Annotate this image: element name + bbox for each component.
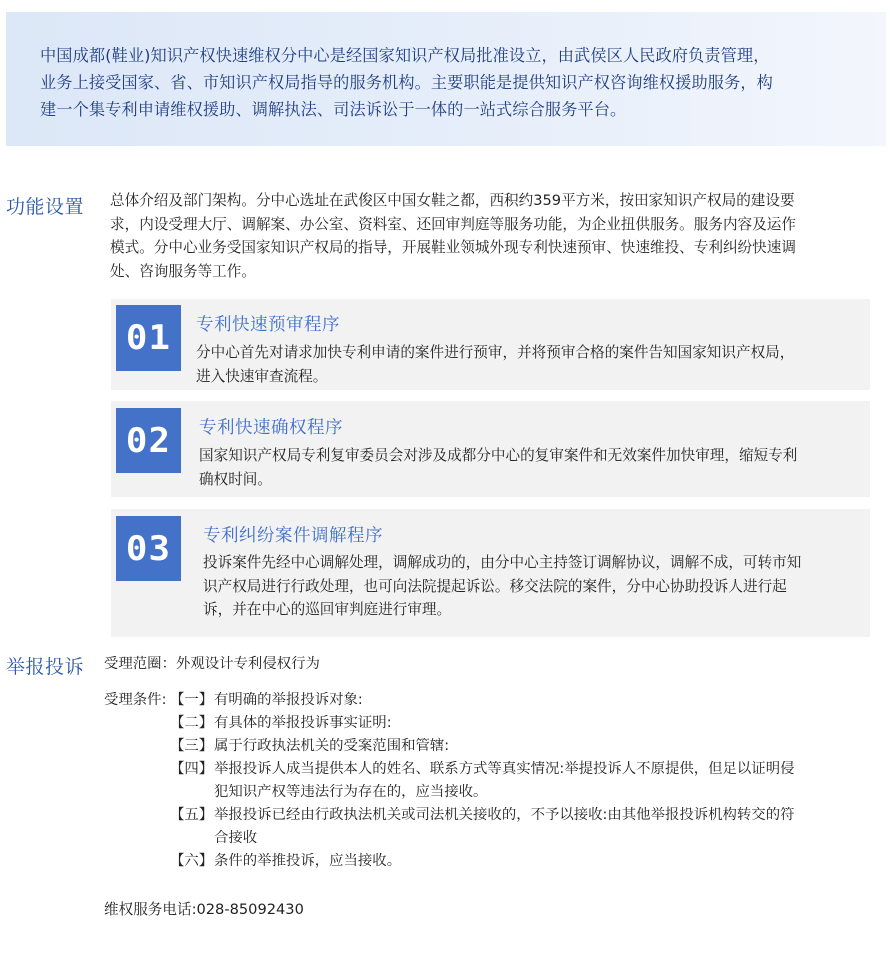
card-title: 专利快速预审程序 (196, 311, 340, 336)
process-card-02: 02 专利快速确权程序 国家知识产权局专利复审委员会对涉及成都分中心的复审案件和… (111, 401, 870, 497)
scope-label: 受理范圈： (104, 656, 176, 672)
banner-line: 业务上接受国家、省、市知识产权局指导的服务机构。主要职能是提供知识产权咨询维权援… (40, 69, 866, 96)
intro-line: 总体介绍及部门架构。分中心选址在武俊区中国女鞋之都，西积约359平方米，按田家知… (110, 189, 870, 213)
function-section-title: 功能设置 (6, 192, 84, 219)
condition-item: 【四】举报投诉人成当提供本人的姓名、联系方式等真实情况:举提投诉人不原提供，但足… (170, 758, 870, 804)
scope-row: 受理范圈：外观设计专利侵权行为 (104, 653, 320, 676)
card-body: 分中心首先对请求加快专利申请的案件进行预审，并将预审合格的案件告知国家知识产权局… (196, 341, 866, 388)
number-badge: 01 (116, 305, 181, 371)
card-title: 专利纠纷案件调解程序 (203, 522, 383, 547)
condition-item: 【六】条件的举推投诉，应当接收。 (170, 850, 870, 873)
scope-value: 外观设计专利侵权行为 (176, 656, 320, 672)
service-phone: 维权服务电话:028-85092430 (104, 898, 304, 919)
intro-line: 模式。分中心业务受国家知识产权局的指导，开展鞋业领城外现专利快速预审、快速维投、… (110, 236, 870, 260)
card-body: 投诉案件先经中心调解处理，调解成功的，由分中心主持签订调解协议，调解不成，可转市… (203, 551, 866, 622)
condition-item: 【五】举报投诉已经由行政执法机关或司法机关接收的，不予以接收:由其他举报投诉机构… (170, 804, 870, 850)
number-badge: 02 (116, 408, 181, 473)
condition-item: 【一】有明确的举报投诉对象: (170, 689, 870, 712)
card-body: 国家知识产权局专利复审委员会对涉及成都分中心的复审案件和无效案件加快审理，缩短专… (199, 444, 866, 491)
banner-line: 建一个集专利申请维权援助、调解执法、司法诉讼于一体的一站式综合服务平台。 (40, 96, 866, 123)
process-card-01: 01 专利快速预审程序 分中心首先对请求加快专利申请的案件进行预审，并将预审合格… (111, 299, 870, 390)
intro-banner: 中国成都(鞋业)知识产权快速维权分中心是经国家知识产权局批准设立，由武侯区人民政… (6, 12, 886, 146)
intro-line: 求，内设受理大厅、调解案、办公室、资料室、还回审判庭等服务功能，为企业扭供服务。… (110, 213, 870, 237)
number-badge: 03 (116, 516, 181, 581)
card-title: 专利快速确权程序 (199, 414, 343, 439)
conditions-label: 受理条件: (104, 689, 166, 712)
complaint-section-title: 举报投诉 (6, 652, 84, 679)
process-card-03: 03 专利纠纷案件调解程序 投诉案件先经中心调解处理，调解成功的，由分中心主持签… (111, 509, 870, 637)
function-intro: 总体介绍及部门架构。分中心选址在武俊区中国女鞋之都，西积约359平方米，按田家知… (110, 189, 870, 283)
intro-line: 处、咨询服务等工作。 (110, 260, 870, 284)
condition-item: 【二】有具体的举报投诉事实证明: (170, 712, 870, 735)
condition-item: 【三】属于行政执法机关的受案范围和管辖: (170, 735, 870, 758)
banner-line: 中国成都(鞋业)知识产权快速维权分中心是经国家知识产权局批准设立，由武侯区人民政… (40, 42, 866, 69)
